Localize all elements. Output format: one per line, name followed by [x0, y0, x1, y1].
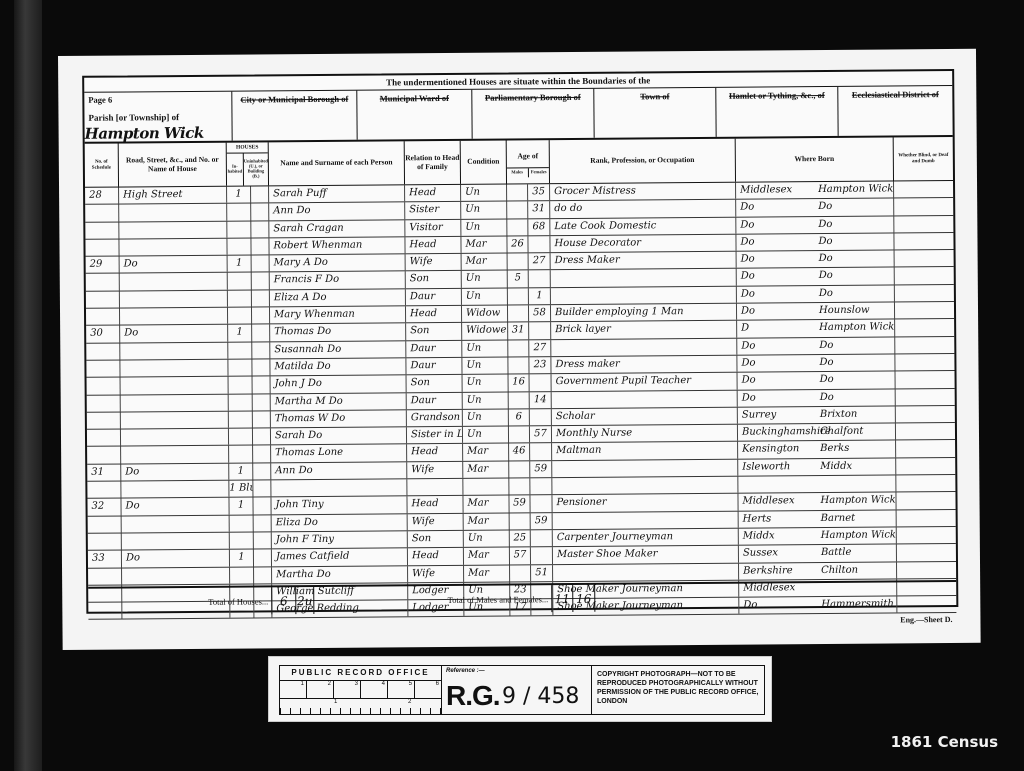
where-born: MiddxHampton Wick	[739, 527, 897, 545]
relation: Sister in Law	[407, 427, 463, 444]
col-houses: HOUSES In-habited Uninhabited (U.), or B…	[227, 142, 269, 185]
image-caption: 1861 Census	[891, 733, 998, 751]
age-male	[507, 202, 528, 218]
age-male	[510, 513, 531, 529]
age-male: 26	[507, 236, 528, 252]
born-county: Do	[741, 355, 819, 372]
where-born: DoDo	[736, 199, 894, 217]
where-born: DoDo	[737, 251, 895, 269]
blind-deaf	[894, 216, 953, 233]
house-uninhabited	[253, 498, 271, 514]
where-born: DoDo	[736, 216, 894, 234]
age-male: 59	[509, 496, 530, 512]
house-uninhabited	[253, 394, 271, 410]
condition: Un	[463, 392, 509, 409]
total-houses-inhabited: 6	[272, 587, 296, 614]
age-male	[509, 461, 530, 477]
born-county: Herts	[743, 511, 821, 528]
born-place: Do	[818, 201, 832, 212]
col-blind: Whether Blind, or Deaf and Dumb	[894, 137, 953, 180]
person-name: John F Tiny	[272, 531, 408, 548]
reference-label: Reference :—	[446, 668, 485, 674]
born-county: Do	[741, 338, 819, 355]
road-name: Do	[121, 498, 229, 515]
house-uninhabited	[253, 463, 271, 479]
relation: Head	[405, 237, 461, 254]
ruler-mark: 2	[408, 699, 411, 705]
schedule-number	[87, 378, 121, 395]
blind-deaf	[895, 267, 954, 284]
ruler-mark: 1	[280, 681, 307, 698]
road-name: High Street	[119, 187, 227, 204]
occupation: Brick layer	[551, 321, 737, 339]
age-male	[509, 426, 530, 442]
relation: Son	[406, 271, 462, 288]
occupation: do do	[550, 200, 736, 218]
house-uninhabited	[252, 307, 270, 323]
occupation: Pensioner	[552, 494, 738, 512]
where-born: BuckinghamshireChalfont	[738, 424, 896, 442]
occupation: Maltman	[552, 442, 738, 460]
age-female: 1	[529, 288, 551, 304]
blind-deaf	[897, 527, 956, 544]
age-female: 68	[528, 219, 550, 235]
col-inhabited: In-habited	[227, 154, 244, 186]
where-born: DoDo	[736, 233, 894, 251]
relation: Head	[406, 306, 462, 323]
relation	[407, 479, 463, 496]
road-name	[121, 481, 229, 498]
occupation	[551, 338, 737, 356]
road-name	[122, 515, 230, 532]
house-uninhabited	[252, 256, 270, 272]
schedule-number	[87, 430, 121, 447]
born-county: Do	[741, 286, 819, 303]
relation: Daur	[406, 358, 462, 375]
person-name: Ann Do	[269, 203, 405, 220]
road-name	[121, 429, 229, 446]
ruler-mark: 2	[307, 681, 334, 698]
age-female: 27	[529, 340, 551, 356]
age-male	[508, 340, 529, 356]
schedule-number	[87, 395, 121, 412]
where-born: DoDo	[737, 285, 895, 303]
condition	[463, 479, 509, 496]
occupation: Dress Maker	[551, 252, 737, 270]
age-male	[510, 565, 531, 581]
schedule-number	[87, 447, 121, 464]
schedule-number: 33	[88, 551, 122, 568]
house-uninhabited	[253, 411, 271, 427]
blind-deaf	[897, 544, 956, 561]
age-female	[529, 323, 551, 339]
road-name	[120, 360, 228, 377]
boundary-row: Page 6 Parish [or Township] of Hampton W…	[84, 85, 952, 144]
where-born: MiddlesexHampton Wick	[736, 181, 894, 199]
where-born: HertsBarnet	[739, 510, 897, 528]
house-inhabited	[229, 394, 253, 410]
person-name: Thomas W Do	[271, 410, 407, 427]
house-uninhabited	[251, 238, 269, 254]
age-female: 58	[529, 305, 551, 321]
age-male	[508, 305, 529, 321]
person-name: Thomas Lone	[271, 445, 407, 462]
age-female: 51	[531, 565, 553, 581]
age-female: 31	[528, 201, 550, 217]
person-name: Sarah Do	[271, 427, 407, 444]
age-female	[531, 547, 553, 563]
born-county: Do	[742, 372, 820, 389]
person-name: Matilda Do	[270, 358, 406, 375]
house-uninhabited	[251, 186, 269, 202]
born-place: Middx	[820, 461, 852, 472]
age-female: 14	[530, 392, 552, 408]
blind-deaf	[896, 440, 955, 457]
col-condition: Condition	[461, 140, 507, 183]
relation: Son	[407, 375, 463, 392]
born-county: Do	[741, 251, 819, 268]
house-inhabited	[230, 515, 254, 531]
born-county: Sussex	[743, 545, 821, 562]
age-male: 6	[509, 409, 530, 425]
house-inhabited	[228, 308, 252, 324]
born-county: Do	[741, 269, 819, 286]
born-county: Do	[740, 217, 818, 234]
col-age: Age of Males Females	[507, 140, 550, 183]
relation: Wife	[408, 565, 464, 582]
condition: Mar	[464, 565, 510, 582]
age-female	[530, 444, 552, 460]
born-place: Chilton	[821, 564, 858, 575]
road-name	[120, 273, 228, 290]
relation: Head	[407, 496, 463, 513]
office-name: PUBLIC RECORD OFFICE	[280, 666, 441, 677]
schedule-number: 29	[86, 257, 120, 274]
relation: Visitor	[405, 219, 461, 236]
blind-deaf	[896, 492, 955, 509]
condition: Mar	[463, 461, 509, 478]
person-name: Sarah Puff	[269, 185, 405, 202]
born-county: Middx	[743, 528, 821, 545]
born-county: Do	[740, 234, 818, 251]
col-road: Road, Street, &c., and No. or Name of Ho…	[119, 143, 227, 187]
person-name: Martha Do	[272, 566, 408, 583]
house-inhabited	[229, 446, 253, 462]
reference-box: Reference :— R.G. 9 / 458	[442, 666, 592, 714]
born-place: Brixton	[820, 409, 858, 420]
road-name	[119, 204, 227, 221]
occupation: Dress maker	[551, 356, 737, 374]
occupation: Builder employing 1 Man	[551, 304, 737, 322]
age-female	[530, 495, 552, 511]
total-houses-label: Total of Houses...	[88, 587, 272, 615]
col-born: Where Born	[736, 137, 894, 181]
born-county: Kensington	[742, 441, 820, 458]
house-uninhabited	[253, 377, 271, 393]
road-name	[120, 290, 228, 307]
col-females: Females	[528, 168, 549, 177]
house-uninhabited	[253, 480, 271, 496]
schedule-number	[85, 239, 119, 256]
road-name: Do	[121, 463, 229, 480]
relation: Grandson	[407, 410, 463, 427]
occupation	[552, 477, 738, 495]
person-name: Mary A Do	[270, 254, 406, 271]
parish-value: Hampton Wick	[85, 124, 204, 143]
age-male: 25	[510, 530, 531, 546]
house-uninhabited	[254, 550, 272, 566]
relation: Daur	[407, 392, 463, 409]
schedule-number	[85, 205, 119, 222]
age-male: 46	[509, 444, 530, 460]
col-houses-sub: In-habited Uninhabited (U.), or Building…	[227, 152, 268, 185]
blind-deaf	[895, 285, 954, 302]
public-record-office-box: PUBLIC RECORD OFFICE 1 2 3 4 5 6 1 2	[280, 666, 442, 714]
born-county: Berkshire	[743, 563, 821, 580]
schedule-number	[88, 516, 122, 533]
schedule-number	[85, 222, 119, 239]
road-name	[122, 533, 230, 550]
col-relation: Relation to Head of Family	[405, 141, 461, 184]
born-place: Hampton Wick	[818, 183, 893, 195]
schedule-number	[87, 412, 121, 429]
col-occupation: Rank, Profession, or Occupation	[550, 139, 736, 183]
age-female: 35	[528, 184, 550, 200]
age-male	[509, 478, 530, 494]
column-headers: No. of Schedule Road, Street, &c., and N…	[85, 137, 953, 188]
blind-deaf	[894, 233, 953, 250]
reference-series: R.G.	[446, 680, 500, 712]
condition: Widower	[462, 323, 508, 340]
relation: Sister	[405, 202, 461, 219]
condition: Un	[463, 375, 509, 392]
col-males: Males	[507, 168, 529, 177]
born-place: Hampton Wick	[821, 529, 896, 541]
house-inhabited	[227, 221, 251, 237]
totals-blank	[595, 582, 956, 612]
condition: Un	[461, 219, 507, 236]
ruler-scale-top: 1 2 3 4 5 6	[280, 680, 441, 698]
total-females: 16	[573, 585, 595, 612]
blind-deaf	[896, 458, 955, 475]
condition: Un	[461, 184, 507, 201]
age-male: 16	[509, 375, 530, 391]
condition: Un	[463, 409, 509, 426]
person-name: John Tiny	[271, 497, 407, 514]
person-name: Ann Do	[271, 462, 407, 479]
born-place: Berks	[820, 443, 849, 454]
where-born: MiddlesexHampton Wick	[738, 493, 896, 511]
person-name: Robert Whenman	[269, 237, 405, 254]
blind-deaf	[895, 319, 954, 336]
house-inhabited: 1	[228, 325, 252, 341]
schedule-number: 31	[87, 464, 121, 481]
age-male	[507, 219, 528, 235]
person-name: Thomas Do	[270, 324, 406, 341]
born-county	[742, 486, 820, 487]
relation: Son	[408, 531, 464, 548]
relation: Wife	[407, 462, 463, 479]
sheet-mark: Eng.—Sheet D.	[900, 615, 952, 624]
schedule-number	[88, 568, 122, 585]
occupation	[552, 390, 738, 408]
age-male: 5	[508, 271, 529, 287]
born-place: Do	[819, 253, 833, 264]
house-inhabited: 1	[229, 498, 253, 514]
age-female: 59	[530, 461, 552, 477]
age-male	[508, 253, 529, 269]
col-uninhabited: Uninhabited (U.), or Building (B.)	[244, 153, 268, 185]
born-county: Do	[742, 390, 820, 407]
condition: Un	[462, 340, 508, 357]
condition: Un	[461, 202, 507, 219]
blind-deaf	[894, 198, 953, 215]
blind-deaf	[897, 510, 956, 527]
house-inhabited	[227, 238, 251, 254]
age-male	[508, 288, 529, 304]
hamlet-cell: Hamlet or Tything, &c., of	[716, 87, 838, 137]
total-persons-label: Total of Males and Females...	[314, 585, 552, 614]
born-place: Chalfont	[820, 426, 864, 437]
condition: Un	[463, 427, 509, 444]
house-inhabited	[228, 359, 252, 375]
age-female	[528, 236, 550, 252]
total-males: 11	[552, 585, 573, 612]
occupation: Monthly Nurse	[552, 425, 738, 443]
occupation: Late Cook Domestic	[550, 217, 736, 235]
house-uninhabited	[253, 428, 271, 444]
where-born	[738, 475, 896, 493]
house-inhabited: 1	[230, 550, 254, 566]
road-name: Do	[120, 256, 228, 273]
house-uninhabited	[254, 532, 272, 548]
occupation: Government Pupil Teacher	[552, 373, 738, 391]
road-name	[120, 308, 228, 325]
occupation	[553, 511, 739, 529]
age-female	[530, 478, 552, 494]
occupation	[551, 286, 737, 304]
total-houses-uninhabited: 2u	[296, 587, 314, 614]
blind-deaf	[896, 423, 955, 440]
person-name: Mary Whenman	[270, 306, 406, 323]
schedule-number	[86, 360, 120, 377]
house-uninhabited	[252, 325, 270, 341]
schedule-number	[87, 482, 121, 499]
house-inhabited: 1	[229, 463, 253, 479]
where-born: IsleworthMiddx	[738, 458, 896, 476]
born-county: Middlesex	[742, 493, 820, 510]
house-uninhabited	[253, 446, 271, 462]
ruler-mark: 4	[361, 681, 388, 698]
house-uninhabited	[251, 204, 269, 220]
page-number: Page 6	[88, 95, 112, 105]
born-place: Do	[819, 288, 833, 299]
born-county: D	[741, 320, 819, 337]
house-inhabited: 1 Blue 2 Un	[229, 481, 253, 497]
blind-deaf	[896, 406, 955, 423]
house-uninhabited	[252, 342, 270, 358]
schedule-number	[86, 274, 120, 291]
house-uninhabited	[252, 359, 270, 375]
relation: Wife	[406, 254, 462, 271]
road-name	[121, 377, 229, 394]
parliamentary-cell: Parliamentary Borough of	[472, 89, 594, 139]
occupation: Carpenter Journeyman	[553, 529, 739, 547]
house-inhabited	[228, 273, 252, 289]
age-female	[529, 271, 551, 287]
born-county: Middlesex	[740, 182, 818, 199]
schedule-number: 28	[85, 188, 119, 205]
person-name: Sarah Cragan	[269, 220, 405, 237]
ruler-mark: 6	[415, 681, 441, 698]
where-born: BerkshireChilton	[739, 562, 897, 580]
road-name	[119, 221, 227, 238]
house-inhabited	[229, 377, 253, 393]
occupation: Master Shoe Maker	[553, 546, 739, 564]
born-place: Do	[818, 219, 832, 230]
age-female: 59	[531, 513, 553, 529]
where-born: SurreyBrixton	[738, 406, 896, 424]
condition: Un	[462, 357, 508, 374]
house-inhabited	[228, 342, 252, 358]
road-name	[121, 446, 229, 463]
person-name	[271, 479, 407, 496]
schedule-number: 32	[87, 499, 121, 516]
age-male: 57	[510, 548, 531, 564]
born-place: Do	[820, 391, 834, 402]
age-female: 27	[529, 253, 551, 269]
relation: Daur	[406, 341, 462, 358]
blind-deaf	[894, 181, 953, 198]
age-female: 57	[530, 426, 552, 442]
born-place: Do	[818, 236, 832, 247]
condition: Mar	[464, 513, 510, 530]
blind-deaf	[896, 475, 955, 492]
road-name: Do	[120, 325, 228, 342]
person-name: John J Do	[271, 376, 407, 393]
born-place: Hampton Wick	[820, 495, 895, 507]
born-place: Hampton Wick	[819, 322, 894, 334]
occupation: Scholar	[552, 408, 738, 426]
ward-cell: Municipal Ward of	[357, 90, 472, 140]
where-born: SussexBattle	[739, 545, 897, 563]
born-county: Do	[740, 199, 818, 216]
person-name: Francis F Do	[270, 272, 406, 289]
ruler-mark: 5	[388, 681, 415, 698]
blind-deaf	[895, 250, 954, 267]
born-county: Surrey	[742, 407, 820, 424]
schedule-number	[86, 309, 120, 326]
condition: Un	[464, 530, 510, 547]
blind-deaf	[895, 302, 954, 319]
where-born: DoHounslow	[737, 303, 895, 321]
road-name	[119, 239, 227, 256]
person-name: Eliza A Do	[270, 289, 406, 306]
condition: Un	[462, 271, 508, 288]
where-born: DoDo	[738, 372, 896, 390]
house-inhabited	[230, 532, 254, 548]
occupation: House Decorator	[550, 235, 736, 253]
house-uninhabited	[252, 290, 270, 306]
condition: Mar	[464, 548, 510, 565]
born-place: Barnet	[821, 512, 856, 523]
relation: Head	[408, 548, 464, 565]
house-inhabited	[230, 567, 254, 583]
blind-deaf	[895, 337, 954, 354]
house-uninhabited	[254, 515, 272, 531]
age-female	[531, 530, 553, 546]
person-name: Eliza Do	[272, 514, 408, 531]
